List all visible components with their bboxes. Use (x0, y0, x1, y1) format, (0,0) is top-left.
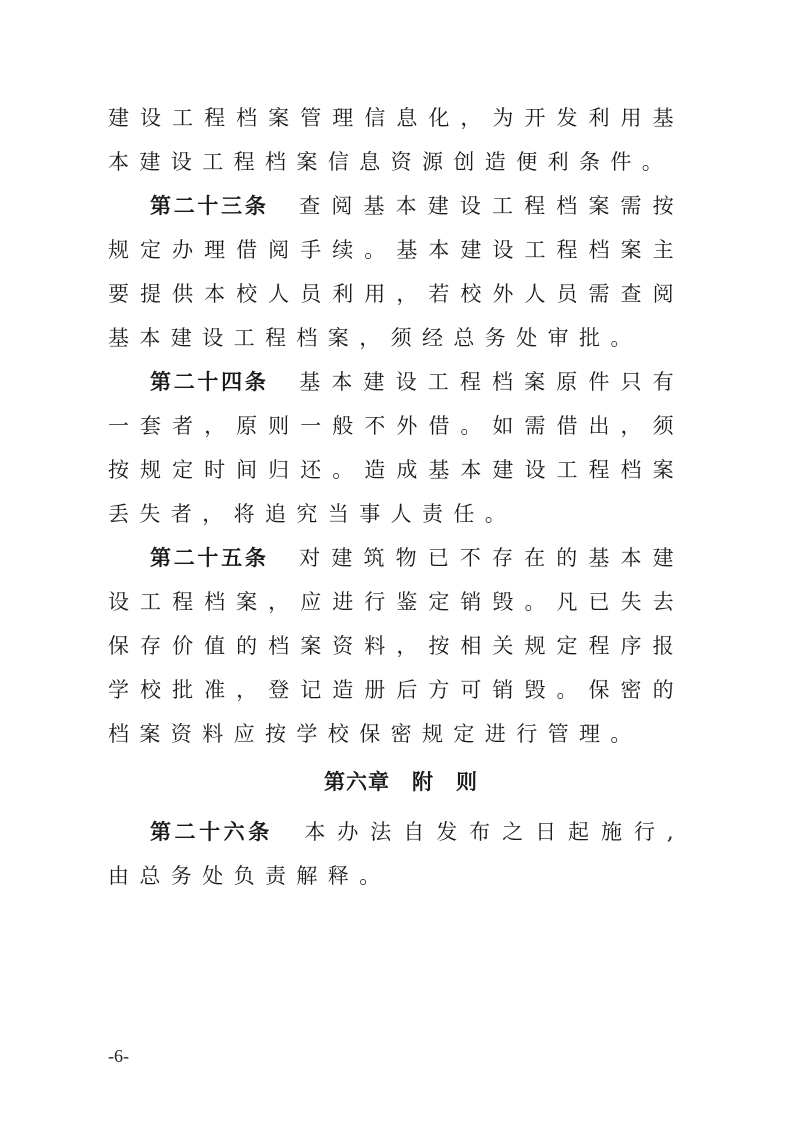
article-24-label: 第二十四条 (150, 370, 269, 394)
article-25: 第二十五条对建筑物已不存在的基本建设工程档案，应进行鉴定销毁。凡已失去保存价值的… (108, 536, 684, 756)
document-page: 建设工程档案管理信息化，为开发利用基本建设工程档案信息资源创造便利条件。 第二十… (108, 96, 684, 898)
article-26: 第二十六条本办法自发布之日起施行,由总务处负责解释。 (108, 810, 684, 898)
article-23: 第二十三条查阅基本建设工程档案需按规定办理借阅手续。基本建设工程档案主要提供本校… (108, 184, 684, 360)
page-number: -6- (108, 1046, 129, 1067)
chapter-title: 第六章 附 则 (108, 760, 684, 804)
article-26-label: 第二十六条 (150, 820, 273, 844)
article-25-text: 对建筑物已不存在的基本建设工程档案，应进行鉴定销毁。凡已失去保存价值的档案资料，… (108, 546, 684, 746)
continued-paragraph: 建设工程档案管理信息化，为开发利用基本建设工程档案信息资源创造便利条件。 (108, 96, 684, 184)
article-25-label: 第二十五条 (150, 546, 269, 570)
article-23-label: 第二十三条 (150, 194, 269, 218)
article-24: 第二十四条基本建设工程档案原件只有一套者，原则一般不外借。如需借出，须按规定时间… (108, 360, 684, 536)
